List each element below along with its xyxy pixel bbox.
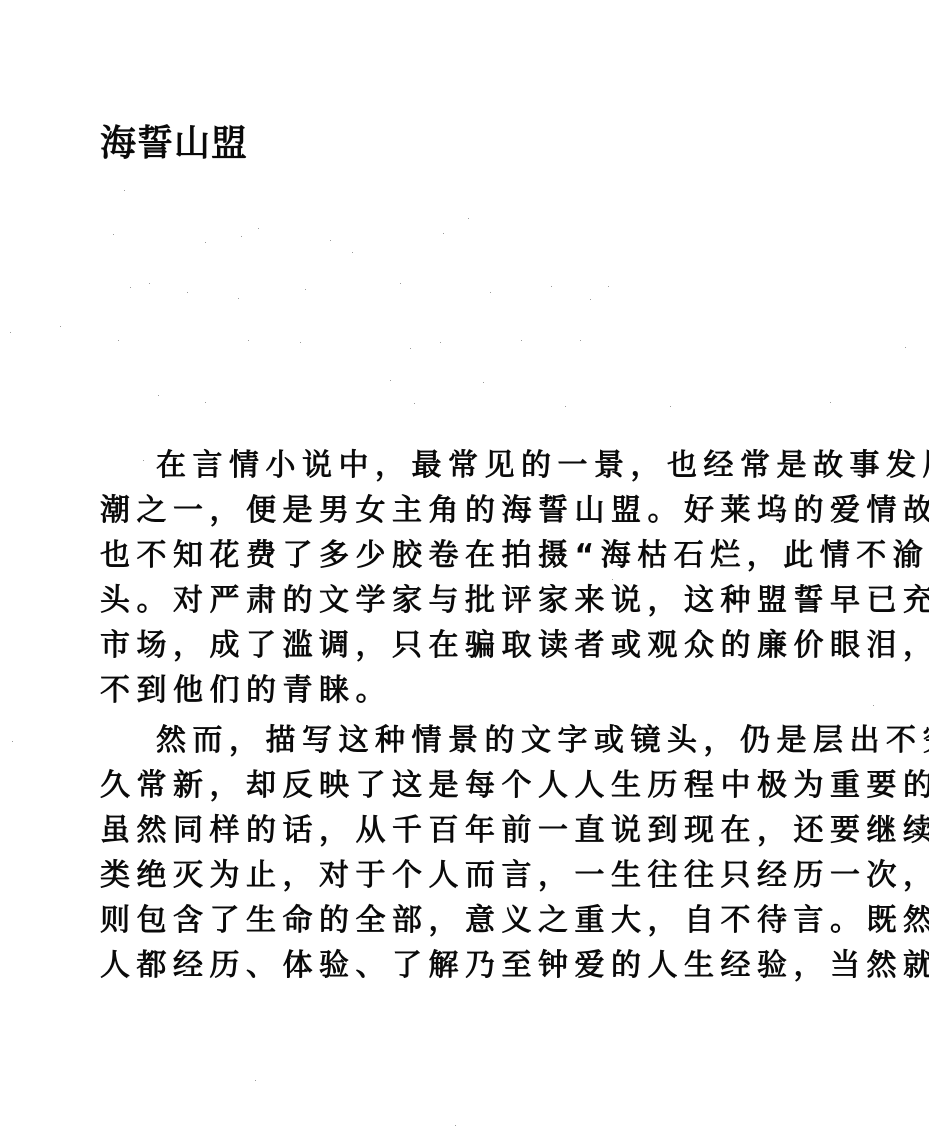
scan-speck [300, 342, 301, 343]
scan-speck [205, 242, 206, 243]
scan-speck [414, 403, 415, 404]
text-line: 也不知花费了多少胶卷在拍摄“海枯石烂，此情不渝”的镜 [100, 533, 852, 578]
scan-speck [565, 406, 566, 407]
scan-speck [608, 286, 609, 287]
scan-speck [352, 252, 353, 253]
text-line: 类绝灭为止，对于个人而言，一生往往只经历一次，而誓盟 [100, 853, 852, 898]
scan-speck [143, 460, 144, 461]
scan-speck [124, 190, 125, 191]
scan-speck [130, 287, 131, 288]
scan-speck [455, 1125, 456, 1126]
scan-speck [490, 292, 491, 293]
scan-speck [258, 228, 259, 229]
text-line: 久常新，却反映了这是每个人人生历程中极为重要的一段。 [100, 763, 852, 808]
scan-speck [670, 406, 671, 407]
scan-speck [248, 340, 249, 341]
text-line: 在言情小说中，最常见的一景，也经常是故事发展的高 [100, 443, 852, 488]
scan-speck [590, 299, 591, 300]
text-line: 虽然同样的话，从千百年前一直说到现在，还要继续说到人 [100, 808, 852, 853]
scan-speck [521, 340, 522, 341]
paragraph-1: 在言情小说中，最常见的一景，也经常是故事发展的高 潮之一，便是男女主角的海誓山盟… [100, 443, 852, 713]
scan-speck [187, 292, 188, 293]
scan-speck [10, 332, 11, 333]
scan-speck [551, 286, 552, 287]
scan-speck [118, 340, 119, 341]
text-line: 不到他们的青睐。 [100, 668, 852, 713]
scan-speck [873, 705, 874, 706]
scan-speck [483, 382, 484, 383]
scan-speck [241, 236, 242, 237]
scan-speck [410, 348, 411, 349]
scan-speck [238, 298, 239, 299]
scan-speck [468, 218, 469, 219]
scan-speck [113, 234, 114, 235]
text-line: 潮之一，便是男女主角的海誓山盟。好莱坞的爱情故事片， [100, 488, 852, 533]
scan-speck [305, 289, 306, 290]
body-text: 在言情小说中，最常见的一景，也经常是故事发展的高 潮之一，便是男女主角的海誓山盟… [100, 443, 852, 988]
text-line: 则包含了生命的全部，意义之重大，自不待言。既然这是人 [100, 898, 852, 943]
scan-speck [158, 395, 159, 396]
scan-speck [905, 347, 906, 348]
text-line: 市场，成了滥调，只在骗取读者或观众的廉价眼泪，一般得 [100, 623, 852, 668]
scan-speck [830, 402, 831, 403]
scan-speck [12, 741, 13, 742]
scan-speck [440, 342, 441, 343]
scan-speck [612, 579, 613, 580]
scan-speck [60, 326, 61, 327]
text-line: 头。对严肃的文学家与批评家来说，这种盟誓早已充斥文学 [100, 578, 852, 623]
scan-speck [149, 283, 150, 284]
text-line: 然而，描写这种情景的文字或镜头，仍是层出不穷，历 [100, 718, 852, 763]
chapter-title: 海誓山盟 [100, 122, 248, 166]
scan-speck [390, 380, 391, 381]
scanned-page: 海誓山盟 在言情小说中，最常见的一景，也经常是故事发展的高 潮之一，便是男女主角… [0, 0, 929, 1137]
scan-speck [255, 1080, 256, 1081]
scan-speck [443, 233, 444, 234]
scan-speck [330, 240, 331, 241]
scan-speck [756, 739, 757, 740]
scan-speck [580, 340, 581, 341]
scan-speck [205, 402, 206, 403]
scan-speck [556, 540, 557, 541]
scan-speck [400, 283, 401, 284]
text-line: 人都经历、体验、了解乃至钟爱的人生经验，当然就成了文 [100, 943, 852, 988]
paragraph-2: 然而，描写这种情景的文字或镜头，仍是层出不穷，历 久常新，却反映了这是每个人人生… [100, 718, 852, 988]
